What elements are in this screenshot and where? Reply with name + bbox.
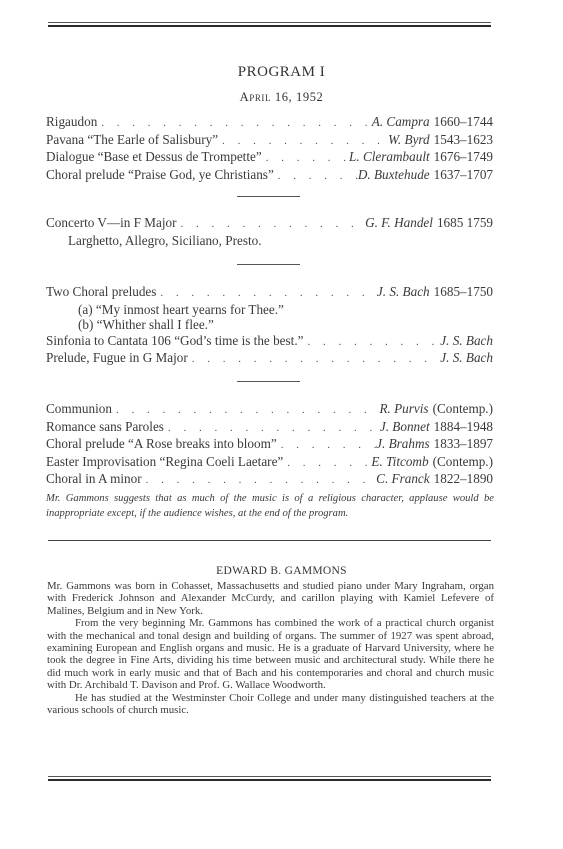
program-item: Pavana “The Earle of Salisbury” . . . . …: [46, 132, 493, 150]
program-item: Choral in A minor . . . . . . . . . . . …: [46, 471, 493, 489]
program-item: Romance sans Paroles . . . . . . . . . .…: [46, 419, 493, 437]
bio-title: EDWARD B. GAMMONS: [0, 565, 563, 577]
program-section-2: Concerto V—in F Major . . . . . . . . . …: [46, 215, 493, 248]
sub-item-b: (b) “Whither shall I flee.”: [46, 317, 493, 333]
bio-divider: [48, 540, 491, 541]
program-title: PROGRAM I: [0, 64, 563, 81]
program-item: Concerto V—in F Major . . . . . . . . . …: [46, 215, 493, 233]
program-item: Sinfonia to Cantata 106 “God’s time is t…: [46, 333, 493, 351]
section-divider: [237, 196, 300, 197]
program-date: April 16, 1952: [0, 90, 563, 105]
top-double-rule: [48, 22, 491, 27]
bio-paragraph: Mr. Gammons was born in Cohasset, Massac…: [47, 580, 494, 617]
program-item: Communion . . . . . . . . . . . . . . . …: [46, 401, 493, 419]
program-item: Easter Improvisation “Regina Coeli Laeta…: [46, 454, 493, 472]
sub-item-a: (a) “My inmost heart yearns for Thee.”: [46, 302, 493, 318]
program-item: Prelude, Fugue in G Major . . . . . . . …: [46, 350, 493, 368]
program-item: Choral prelude “Praise God, ye Christian…: [46, 167, 493, 185]
bio-paragraph: He has studied at the Westminster Choir …: [47, 692, 494, 717]
section-divider: [237, 264, 300, 265]
program-section-1: Rigaudon . . . . . . . . . . . . . . . .…: [46, 114, 493, 184]
bio-text: Mr. Gammons was born in Cohasset, Massac…: [47, 580, 494, 716]
program-section-4: Communion . . . . . . . . . . . . . . . …: [46, 401, 493, 489]
section-divider: [237, 381, 300, 382]
movements-list: Larghetto, Allegro, Siciliano, Presto.: [46, 233, 493, 249]
program-item: Choral prelude “A Rose breaks into bloom…: [46, 436, 493, 454]
bottom-double-rule: [48, 776, 491, 781]
program-item: Two Choral preludes . . . . . . . . . . …: [46, 284, 493, 302]
applause-note: Mr. Gammons suggests that as much of the…: [46, 491, 494, 521]
bio-paragraph: From the very beginning Mr. Gammons has …: [47, 617, 494, 691]
program-section-3: Two Choral preludes . . . . . . . . . . …: [46, 284, 493, 368]
program-item: Dialogue “Base et Dessus de Trompette” .…: [46, 149, 493, 167]
program-item: Rigaudon . . . . . . . . . . . . . . . .…: [46, 114, 493, 132]
